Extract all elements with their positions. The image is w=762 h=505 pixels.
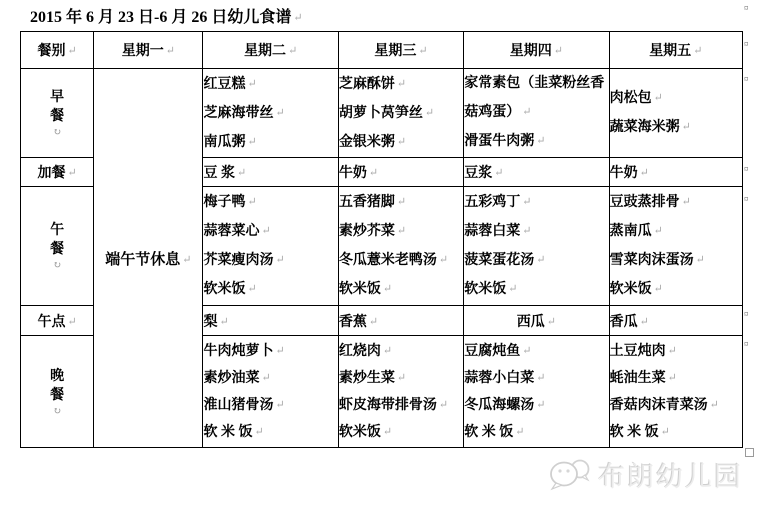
dish-text: 软 米 饭 [464,425,513,440]
paragraph-mark-icon: ↵ [237,167,246,179]
dish-item: 蔬菜海米粥↵ [610,113,742,142]
paragraph-mark-icon: ↵ [397,225,406,237]
paragraph-mark-icon: ↵ [247,196,256,208]
dish-text: 香蕉 [339,315,367,330]
dinner-friday-cell: 土豆炖肉↵ 蚝油生菜↵ 香菇肉沫青菜汤↵ 软 米 饭↵ [609,336,742,448]
dish-text: 胡萝卜莴笋丝 [339,106,423,121]
dish-item: 素炒生菜↵ [339,365,463,392]
dish-item: 蒜蓉白菜↵ [464,217,608,246]
paragraph-mark-icon: ↵ [383,426,392,438]
dish-text: 软 米 饭 [203,425,252,440]
paragraph-mark-icon: ↵ [682,121,691,133]
paragraph-mark-icon: ↵ [508,283,517,295]
paragraph-mark-icon: ↵ [668,372,677,384]
paragraph-mark-icon: ↵ [661,426,670,438]
dish-item: 牛肉炖萝卜↵ [203,338,337,365]
dish-item: 滑蛋牛肉粥↵ [464,127,608,156]
dinner-label-cell: 晚餐 ↻ [21,336,94,448]
dish-text: 软 米 饭 [610,425,659,440]
dish-text: 软米饭 [339,425,381,440]
paragraph-mark-icon: ↵ [275,345,284,357]
dinner-label: 晚餐 [49,367,66,405]
dish-text: 五香猪脚 [339,195,395,210]
dish-item: 金银米粥↵ [339,128,463,157]
paragraph-mark-icon: ↵ [275,399,284,411]
dish-text: 虾皮海带排骨汤 [339,398,437,413]
dish-text: 香瓜 [610,315,638,330]
paragraph-mark-icon: ↵ [536,135,545,147]
dish-text: 红烧肉 [339,344,381,359]
dish-text: 土豆炖肉 [610,344,666,359]
dish-item: 蒜蓉小白菜↵ [464,365,608,392]
dish-text: 芝麻海带丝 [203,106,273,121]
dish-text: 软米饭 [203,282,245,297]
dish-text: 豆豉蒸排骨 [610,195,680,210]
menu-table: 餐别↵ 星期一↵ 星期二↵ 星期三↵ 星期四↵ 星期五↵ 早餐 ↻ 端午节休息↵… [20,31,743,448]
row-end-mark-icon: ¤ [744,165,749,174]
paragraph-mark-icon: ↵ [247,78,256,90]
anchor-square-icon [745,448,754,457]
paragraph-mark-icon: ↵ [254,426,263,438]
dish-item: 红烧肉↵ [339,338,463,365]
header-monday-label: 星期一 [122,44,164,59]
dish-item: 胡萝卜莴笋丝↵ [339,99,463,128]
dish-text: 蔬菜海米粥 [610,120,680,135]
paragraph-mark-icon: ↵ [536,372,545,384]
paragraph-mark-icon: ↵ [166,45,175,57]
row-end-mark-icon: ¤ [744,310,749,319]
dish-text: 蒸南瓜 [610,224,652,239]
dish-text: 淮山猪骨汤 [203,398,273,413]
breakfast-wednesday-cell: 芝麻酥饼↵ 胡萝卜莴笋丝↵ 金银米粥↵ [338,69,463,158]
document-page: 2015 年 6 月 23 日-6 月 26 日幼儿食谱↵ 餐别↵ 星期一↵ 星… [0,0,762,505]
dish-item: 蚝油生菜↵ [610,365,742,392]
breakfast-label-cell: 早餐 ↻ [21,69,94,158]
header-meal-type-label: 餐别 [37,44,65,59]
dish-text: 菠菜蛋花汤 [464,253,534,268]
paragraph-mark-icon: ↵ [182,254,191,266]
dish-text: 牛奶 [339,166,367,181]
dish-item: 梅子鸭↵ [203,188,337,217]
afternoon-snack-label: 午点 [37,315,65,330]
breakfast-tuesday-cell: 红豆糕↵ 芝麻海带丝↵ 南瓜粥↵ [203,69,338,158]
row-end-mark-icon: ¤ [744,40,749,49]
afternoon-snack-thursday-cell: 西瓜↵ [464,306,609,336]
dish-item: 肉松包↵ [610,84,742,113]
dish-text: 雪菜肉沫蛋汤 [610,253,694,268]
dish-item: 素炒芥菜↵ [339,217,463,246]
paragraph-mark-icon: ↵ [494,167,503,179]
lunch-label-cell: 午餐 ↻ [21,187,94,306]
row-end-mark-icon: ¤ [744,340,749,349]
paragraph-mark-icon: ↵ [219,316,228,328]
paragraph-mark-icon: ↵ [425,107,434,119]
paragraph-mark-icon: ↵ [439,254,448,266]
dish-item: 冬瓜海螺汤↵ [464,392,608,419]
paragraph-mark-icon: ↵ [554,45,563,57]
dish-item: 雪菜肉沫蛋汤↵ [610,246,742,275]
dish-text: 豆 浆 [203,166,235,181]
paragraph-mark-icon: ↵ [293,12,302,24]
paragraph-mark-icon: ↵ [275,254,284,266]
lunch-wednesday-cell: 五香猪脚↵ 素炒芥菜↵ 冬瓜薏米老鸭汤↵ 软米饭↵ [338,187,463,306]
paragraph-mark-icon: ↵ [640,167,649,179]
watermark-inner: 布朗幼儿园 [548,455,743,494]
dish-item: 豆豉蒸排骨↵ [610,188,742,217]
dish-item: 红豆糕↵ [203,70,337,99]
dish-item: 软 米 饭↵ [464,419,608,446]
header-tuesday: 星期二↵ [203,32,338,69]
dish-text: 软米饭 [339,282,381,297]
dish-text: 软米饭 [610,282,652,297]
morning-snack-wednesday-cell: 牛奶↵ [338,158,463,187]
dish-item: 软米饭↵ [203,275,337,304]
dish-item: 香菇肉沫青菜汤↵ [610,392,742,419]
morning-snack-thursday-cell: 豆浆↵ [464,158,609,187]
dish-item: 土豆炖肉↵ [610,338,742,365]
dish-text: 家常素包（韭菜粉丝香菇鸡蛋） [464,76,604,120]
lunch-tuesday-cell: 梅子鸭↵ 蒜蓉菜心↵ 芥菜瘦肉汤↵ 软米饭↵ [203,187,338,306]
dish-text: 蒜蓉菜心 [203,224,259,239]
dish-text: 豆浆 [464,166,492,181]
paragraph-mark-icon: ↵ [397,78,406,90]
paragraph-mark-icon: ↵ [439,399,448,411]
page-title-row: 2015 年 6 月 23 日-6 月 26 日幼儿食谱↵ [30,4,303,27]
dish-item: 南瓜粥↵ [203,128,337,157]
paragraph-mark-icon: ↵ [288,45,297,57]
paragraph-mark-icon: ↵ [261,225,270,237]
paragraph-mark-icon: ↵ [247,136,256,148]
dish-item: 家常素包（韭菜粉丝香菇鸡蛋）↵ [464,70,608,127]
paragraph-mark-icon: ↵ [383,283,392,295]
dish-text: 冬瓜海螺汤 [464,398,534,413]
dish-item: 菠菜蛋花汤↵ [464,246,608,275]
dish-item: 芝麻海带丝↵ [203,99,337,128]
paragraph-mark-icon: ↵ [369,316,378,328]
morning-snack-tuesday-cell: 豆 浆↵ [203,158,338,187]
header-friday: 星期五↵ [609,32,742,69]
paragraph-mark-icon: ↵ [696,254,705,266]
breakfast-thursday-cell: 家常素包（韭菜粉丝香菇鸡蛋）↵ 滑蛋牛肉粥↵ [464,69,609,158]
paragraph-mark-icon: ↵ [536,254,545,266]
paragraph-mark-icon: ↵ [522,345,531,357]
header-row: 餐别↵ 星期一↵ 星期二↵ 星期三↵ 星期四↵ 星期五↵ [21,32,743,69]
paragraph-mark-icon: ↵ [383,345,392,357]
header-friday-label: 星期五 [649,44,691,59]
dinner-wednesday-cell: 红烧肉↵ 素炒生菜↵ 虾皮海带排骨汤↵ 软米饭↵ [338,336,463,448]
dinner-thursday-cell: 豆腐炖鱼↵ 蒜蓉小白菜↵ 冬瓜海螺汤↵ 软 米 饭↵ [464,336,609,448]
page-title: 2015 年 6 月 23 日-6 月 26 日幼儿食谱 [30,9,291,26]
dish-text: 南瓜粥 [203,135,245,150]
paragraph-mark-icon: ↵ [67,45,76,57]
paragraph-mark-icon: ↵ [369,167,378,179]
dish-text: 芥菜瘦肉汤 [203,253,273,268]
dish-text: 牛奶 [610,166,638,181]
dish-text: 蒜蓉白菜 [464,224,520,239]
afternoon-snack-wednesday-cell: 香蕉↵ [338,306,463,336]
breakfast-row: 早餐 ↻ 端午节休息↵ 红豆糕↵ 芝麻海带丝↵ 南瓜粥↵ 芝麻酥饼↵ 胡萝卜莴笋… [21,69,743,158]
paragraph-mark-icon: ↵ [682,196,691,208]
watermark-text: 布朗幼儿园 [598,455,743,494]
dinner-tuesday-cell: 牛肉炖萝卜↵ 素炒油菜↵ 淮山猪骨汤↵ 软 米 饭↵ [203,336,338,448]
dish-item: 五彩鸡丁↵ [464,188,608,217]
dish-item: 软 米 饭↵ [203,419,337,446]
dish-item: 芥菜瘦肉汤↵ [203,246,337,275]
afternoon-snack-label-cell: 午点↵ [21,306,94,336]
dish-text: 冬瓜薏米老鸭汤 [339,253,437,268]
afternoon-snack-friday-cell: 香瓜↵ [609,306,742,336]
dish-text: 素炒芥菜 [339,224,395,239]
paragraph-mark-icon: ↵ [654,283,663,295]
paragraph-mark-icon: ↵ [247,283,256,295]
morning-snack-friday-cell: 牛奶↵ [609,158,742,187]
paragraph-mark-icon: ↵ [522,225,531,237]
paragraph-mark-icon: ↵ [640,316,649,328]
paragraph-mark-icon: ↵ [397,136,406,148]
paragraph-mark-icon: ↵ [710,399,719,411]
dish-text: 滑蛋牛肉粥 [464,134,534,149]
lunch-thursday-cell: 五彩鸡丁↵ 蒜蓉白菜↵ 菠菜蛋花汤↵ 软米饭↵ [464,187,609,306]
paragraph-mark-icon: ↵ [275,107,284,119]
dish-text: 香菇肉沫青菜汤 [610,398,708,413]
dish-text: 蒜蓉小白菜 [464,371,534,386]
paragraph-mark-icon: ↵ [397,372,406,384]
dish-text: 五彩鸡丁 [464,195,520,210]
paragraph-mark-icon: ↵ [654,92,663,104]
dish-text: 梨 [203,315,217,330]
paragraph-mark-icon: ↵ [397,196,406,208]
dish-item: 蒜蓉菜心↵ [203,217,337,246]
vertical-text-mark-icon: ↻ [21,260,93,271]
header-tuesday-label: 星期二 [244,44,286,59]
paragraph-mark-icon: ↵ [515,426,524,438]
row-end-mark-icon: ¤ [744,195,749,204]
paragraph-mark-icon: ↵ [668,345,677,357]
dish-item: 软米饭↵ [339,419,463,446]
paragraph-mark-icon: ↵ [67,316,76,328]
dish-item: 软 米 饭↵ [610,419,742,446]
lunch-friday-cell: 豆豉蒸排骨↵ 蒸南瓜↵ 雪菜肉沫蛋汤↵ 软米饭↵ [609,187,742,306]
dish-item: 冬瓜薏米老鸭汤↵ [339,246,463,275]
paragraph-mark-icon: ↵ [536,399,545,411]
dish-text: 蚝油生菜 [610,371,666,386]
dish-item: 软米饭↵ [339,275,463,304]
morning-snack-label-cell: 加餐↵ [21,158,94,187]
paragraph-mark-icon: ↵ [693,45,702,57]
row-end-mark-icon: ¤ [744,4,749,13]
monday-holiday-note: 端午节休息 [105,252,180,268]
breakfast-friday-cell: 肉松包↵ 蔬菜海米粥↵ [609,69,742,158]
morning-snack-label: 加餐 [37,166,65,181]
lunch-label: 午餐 [49,221,66,259]
dish-item: 素炒油菜↵ [203,365,337,392]
wechat-logo-icon [548,457,592,493]
dish-text: 芝麻酥饼 [339,77,395,92]
dish-text: 牛肉炖萝卜 [203,344,273,359]
paragraph-mark-icon: ↵ [547,316,556,328]
dish-text: 金银米粥 [339,135,395,150]
header-thursday-label: 星期四 [510,44,552,59]
dish-text: 西瓜 [517,315,545,330]
dish-item: 五香猪脚↵ [339,188,463,217]
dish-item: 软米饭↵ [464,275,608,304]
header-wednesday: 星期三↵ [338,32,463,69]
dish-text: 豆腐炖鱼 [464,344,520,359]
header-monday: 星期一↵ [94,32,203,69]
header-meal-type: 餐别↵ [21,32,94,69]
dish-text: 肉松包 [610,91,652,106]
dish-text: 梅子鸭 [203,195,245,210]
dish-item: 虾皮海带排骨汤↵ [339,392,463,419]
dish-item: 芝麻酥饼↵ [339,70,463,99]
dish-item: 软米饭↵ [610,275,742,304]
paragraph-mark-icon: ↵ [261,372,270,384]
dish-text: 红豆糕 [203,77,245,92]
monday-holiday-cell: 端午节休息↵ [94,69,203,448]
afternoon-snack-tuesday-cell: 梨↵ [203,306,338,336]
breakfast-label: 早餐 [49,88,66,126]
paragraph-mark-icon: ↵ [67,167,76,179]
dish-item: 豆腐炖鱼↵ [464,338,608,365]
dish-item: 淮山猪骨汤↵ [203,392,337,419]
vertical-text-mark-icon: ↻ [21,406,93,417]
vertical-text-mark-icon: ↻ [21,127,93,138]
paragraph-mark-icon: ↵ [522,196,531,208]
watermark: 布朗幼儿园 [548,446,754,498]
header-wednesday-label: 星期三 [374,44,416,59]
dish-item: 蒸南瓜↵ [610,217,742,246]
dish-text: 软米饭 [464,282,506,297]
paragraph-mark-icon: ↵ [522,106,531,118]
header-thursday: 星期四↵ [464,32,609,69]
paragraph-mark-icon: ↵ [418,45,427,57]
dish-text: 素炒油菜 [203,371,259,386]
paragraph-mark-icon: ↵ [654,225,663,237]
dish-text: 素炒生菜 [339,371,395,386]
row-end-mark-icon: ¤ [744,75,749,84]
